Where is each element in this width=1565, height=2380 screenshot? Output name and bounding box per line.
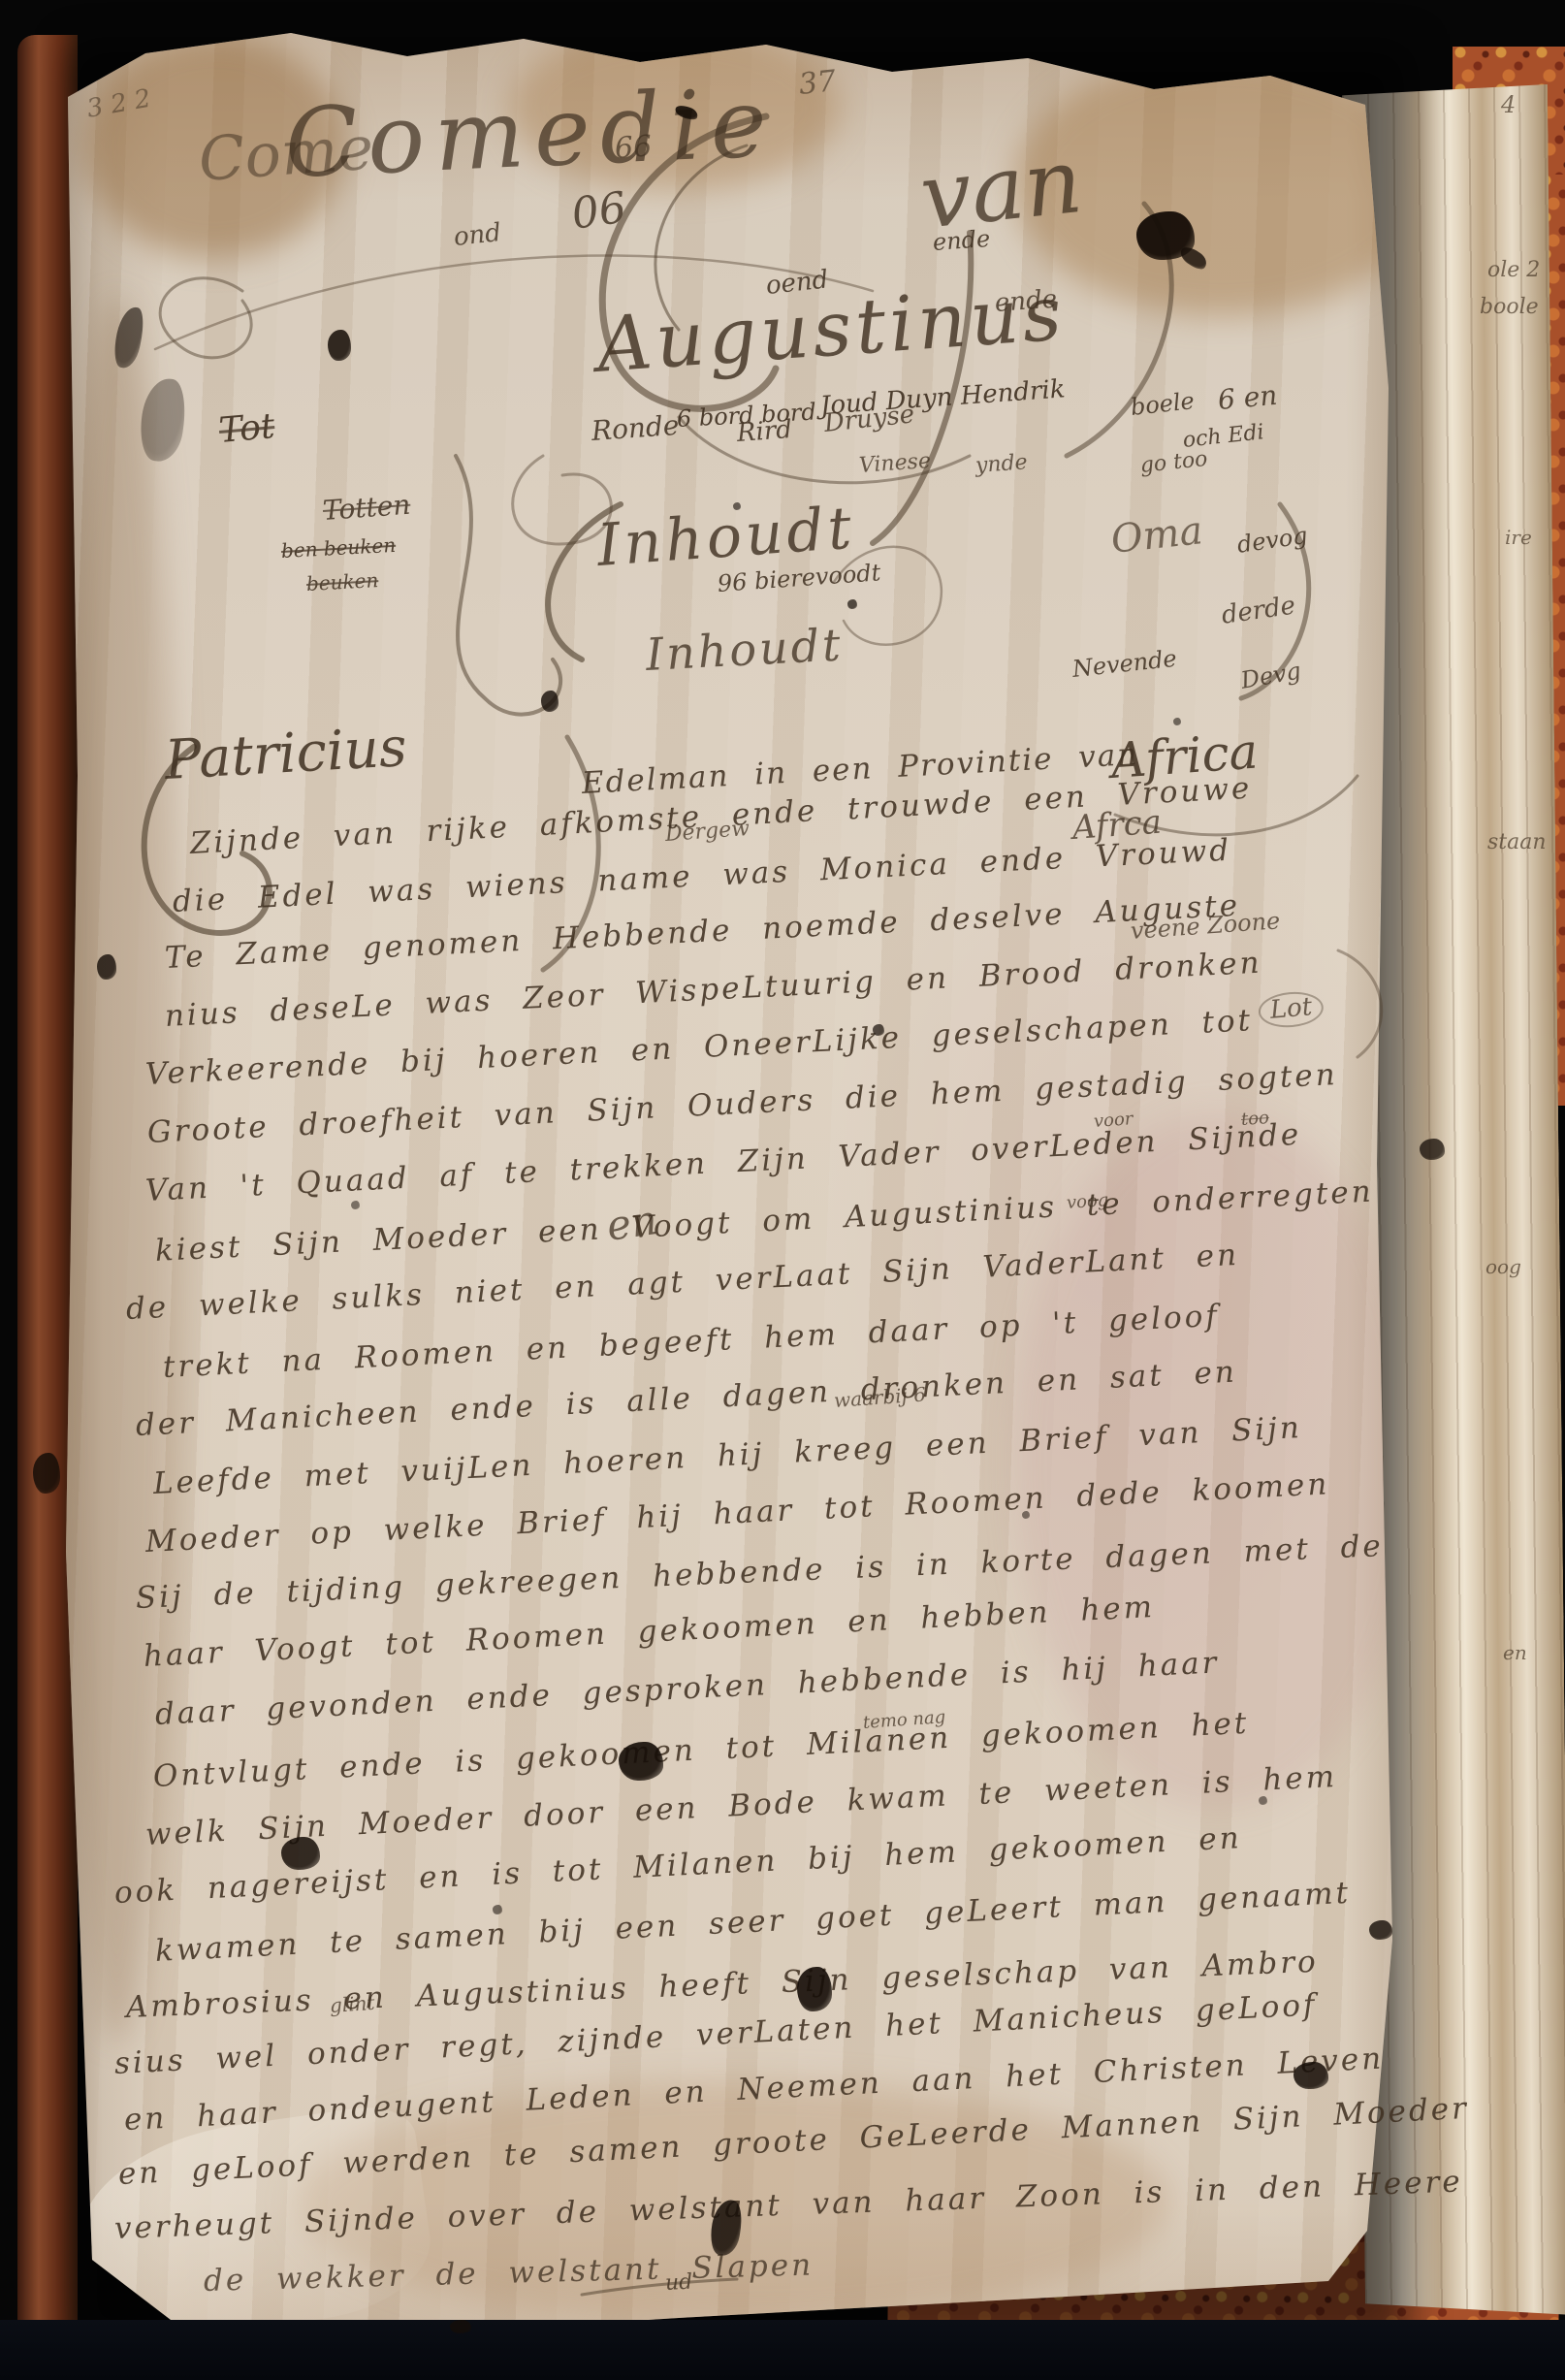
ink-speck	[1173, 718, 1181, 725]
ink-speck	[733, 502, 741, 510]
heading-inhoudt-2: Inhoudt	[645, 618, 845, 681]
ink-blot	[281, 1837, 320, 1870]
pen-trial: 66	[614, 129, 654, 166]
page-number: 37	[797, 64, 838, 102]
ink-blot	[450, 2320, 471, 2333]
book-cover-spine	[17, 35, 78, 2343]
pen-trial: 6 en	[1217, 379, 1279, 416]
ink-blot	[847, 599, 857, 609]
interlinear-word: en	[604, 1196, 660, 1250]
pen-trial: ynde	[974, 450, 1028, 478]
edge-text-fragment: en	[1503, 1641, 1527, 1664]
ink-blot	[873, 1024, 884, 1036]
ink-blot	[541, 691, 559, 712]
ink-speck	[493, 1905, 502, 1914]
edge-text-fragment: oog	[1485, 1255, 1521, 1278]
photograph-of-manuscript: 3 2 2 37 Comedie van Augustinus Come ond…	[0, 0, 1565, 2380]
edge-text-fragment: 4	[1501, 91, 1516, 118]
ink-blot	[33, 1453, 60, 1494]
pen-trial: ond	[452, 218, 502, 252]
ink-blot	[328, 330, 351, 361]
interlinear-word: voog	[1066, 1190, 1109, 1213]
pen-trial: 06	[568, 182, 629, 239]
pen-trial: Oma	[1109, 508, 1205, 563]
edge-text-fragment: ire	[1505, 526, 1532, 549]
interlinear-word: glint	[329, 1991, 375, 2017]
ink-blot	[1420, 1139, 1445, 1160]
pen-trial-struck: beuken	[305, 568, 379, 595]
interlinear-word-struck: too	[1240, 1108, 1269, 1130]
interlinear-word: voor	[1093, 1109, 1134, 1132]
pen-trial: Rird	[736, 415, 793, 448]
ink-blot	[619, 1742, 663, 1781]
pen-trial: ende	[994, 285, 1058, 318]
pen-trial: Come	[196, 113, 375, 195]
edge-text-fragment: ole 2	[1487, 258, 1540, 282]
ink-speck	[1022, 1511, 1030, 1519]
heading-patricius: Patricius	[163, 716, 408, 792]
ink-speck	[351, 1201, 360, 1209]
ink-speck	[1259, 1796, 1267, 1805]
pen-trial: Vinese	[858, 449, 932, 478]
pen-trial-struck: Totten	[322, 489, 412, 527]
ink-blot	[97, 954, 116, 980]
edge-text-fragment: staan	[1487, 830, 1547, 854]
pen-trial: Ronde	[591, 409, 681, 447]
pen-trial-struck: Tot	[217, 406, 276, 451]
ink-blot	[1369, 1920, 1392, 1940]
edge-text-fragment: boole	[1480, 295, 1539, 319]
photo-background-bottom	[0, 2320, 1565, 2380]
ink-blot	[1294, 2062, 1328, 2089]
pen-trial: ende	[932, 225, 991, 256]
ink-blot	[797, 1967, 832, 2011]
